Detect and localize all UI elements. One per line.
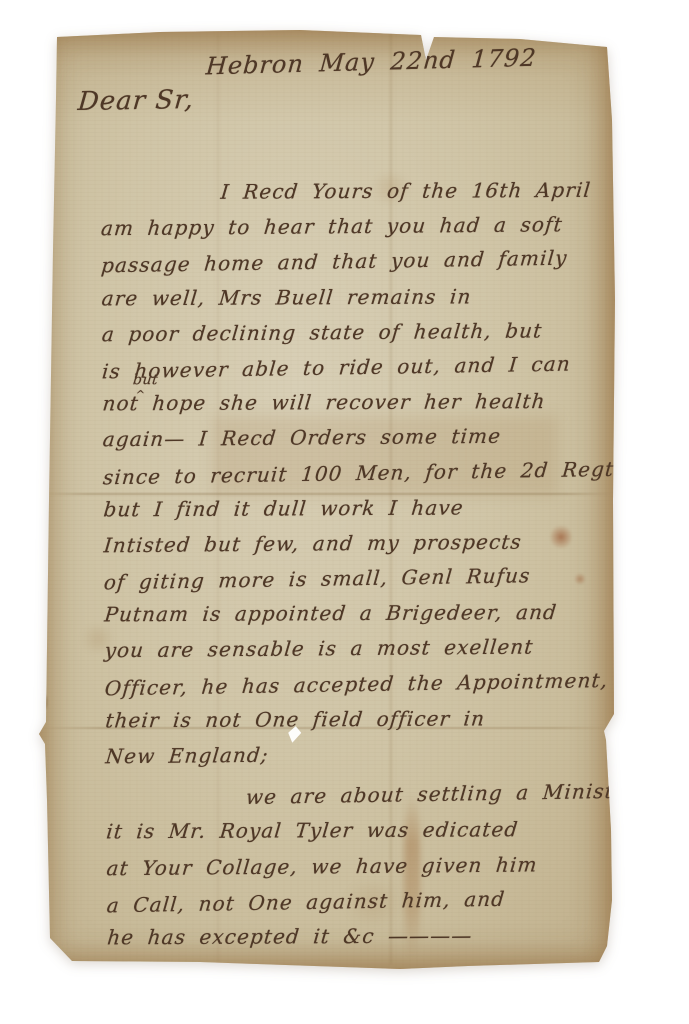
letter-line-text: a Call, not One against him, and (106, 886, 507, 917)
letter-line-text: is however able to ride out, and I can (101, 351, 572, 383)
letter-line: butnot hope she will recover her health (101, 384, 626, 422)
letter-line-text: at Your Collage, we have given him (106, 852, 539, 880)
letter-line-text: Officer, he has accepted the Appointment… (104, 668, 609, 700)
letter-line-text: but I find it dull work I have (102, 495, 464, 521)
left-edge-tear-spot (37, 694, 47, 710)
letter-line: I Recd Yours of the 16th April (99, 173, 624, 211)
letter-line-text: am happy to hear that you had a soft (100, 212, 564, 240)
letter-line: since to recruit 100 Men, for the 2d Reg… (101, 451, 626, 495)
letter-line: New England; (104, 735, 629, 775)
photo-background: Hebron May 22nd 1792 Dear Sr, I Recd You… (0, 0, 689, 1024)
letter-line-text: since to recruit 100 Men, for the 2d Reg… (102, 456, 615, 488)
letter-line: again— I Recd Orders some time (101, 418, 626, 458)
letter-line-text: we are about settling a Minister (245, 779, 639, 810)
letter-line: passage home and that you and family (100, 240, 625, 284)
letter-line-text: Putnam is appointed a Brigedeer, and (103, 600, 558, 626)
letter-line: it is Mr. Royal Tyler was edicated (105, 812, 630, 850)
letter-line: he has excepted it &c ———— (106, 918, 631, 956)
letter-line-text: it is Mr. Royal Tyler was edicated (105, 818, 519, 844)
letter-line-text: I Recd Yours of the 16th April (220, 178, 593, 204)
letter-line: are well, Mrs Buell remains in (100, 278, 625, 316)
letter-line-text: he has excepted it &c ———— (106, 923, 474, 949)
letter-paper-wrap: Hebron May 22nd 1792 Dear Sr, I Recd You… (38, 28, 616, 970)
interline-insertion: but (132, 373, 158, 387)
letter-line-text: Intisted but few, and my prospects (103, 529, 523, 557)
letter-line: you are sensable is a most exellent (103, 629, 628, 669)
letter-line: Putnam is appointed a Brigedeer, and (103, 595, 628, 633)
letter-line-text: are well, Mrs Buell remains in (101, 284, 473, 310)
letter-paper: Hebron May 22nd 1792 Dear Sr, I Recd You… (38, 28, 616, 970)
letter-body: I Recd Yours of the 16th Aprilam happy t… (101, 172, 630, 957)
letter-line-text: not hope she will recover her health (102, 389, 547, 415)
letter-line: a Call, not One against him, and (105, 879, 630, 923)
letter-line: is however able to ride out, and I can (101, 346, 626, 390)
letter-line-text: passage home and that you and family (100, 246, 568, 278)
letter-line-text: New England; (105, 743, 270, 768)
letter-line: of giting more is small, Genl Rufus (102, 557, 627, 601)
letter-line-text: a poor declining state of health, but (101, 318, 544, 346)
letter-line-text: of giting more is small, Genl Rufus (103, 563, 532, 594)
letter-line-text: you are sensable is a most exellent (104, 635, 535, 663)
letter-salutation: Dear Sr, (77, 85, 196, 117)
letter-line: but I find it dull work I have (102, 489, 627, 527)
letter-line: Officer, he has accepted the Appointment… (103, 662, 628, 706)
letter-line: their is not One field officer in (104, 700, 629, 738)
letter-line-text: again— I Recd Orders some time (102, 424, 503, 451)
